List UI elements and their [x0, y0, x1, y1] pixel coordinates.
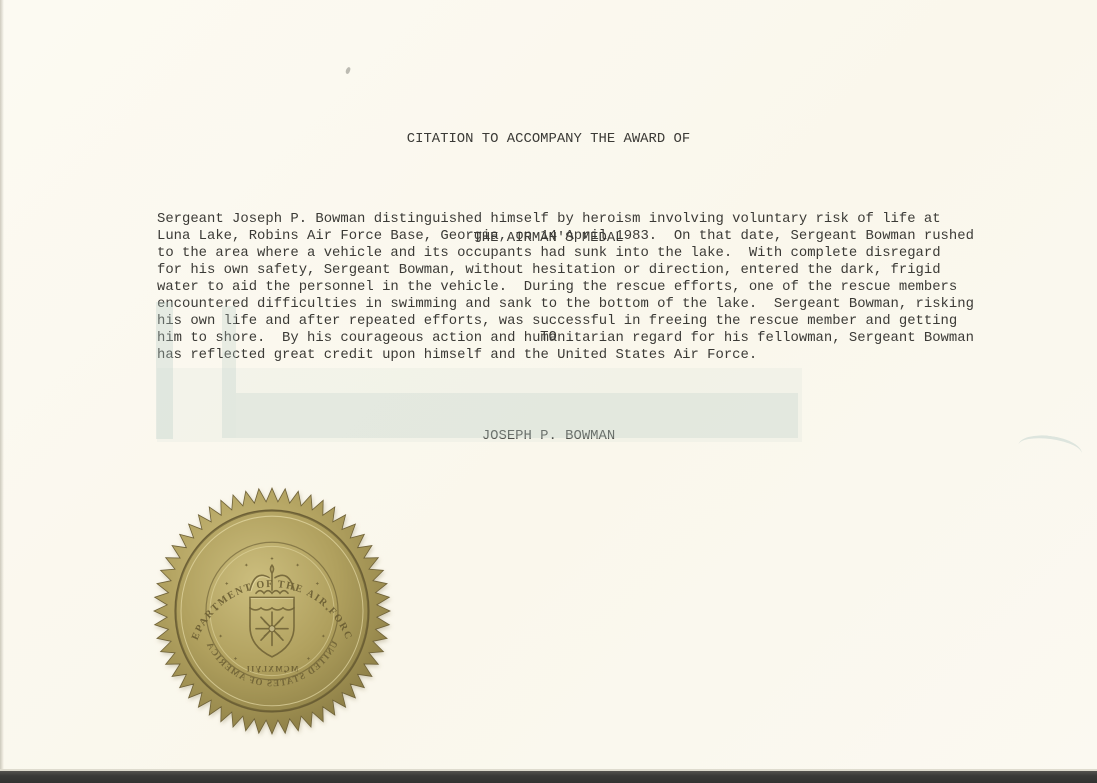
body-line: his own life and after repeated efforts,… — [157, 313, 1017, 330]
citation-recipient-name: JOSEPH P. BOWMAN — [0, 420, 1097, 453]
body-line: encountered difficulties in swimming and… — [157, 296, 1017, 313]
body-line: to the area where a vehicle and its occu… — [157, 245, 1017, 262]
body-line: water to aid the personnel in the vehicl… — [157, 279, 1017, 296]
seal-star-icon: ✦ — [215, 606, 220, 614]
seal-star-icon: ✦ — [306, 656, 311, 664]
seal-star-icon: ✦ — [283, 668, 288, 676]
seal-starburst-icon — [256, 612, 288, 645]
scanned-certificate-page: CITATION TO ACCOMPANY THE AWARD OF THE A… — [0, 0, 1097, 783]
seal-star-icon: ✦ — [244, 562, 249, 570]
seal-star-icon: ✦ — [324, 606, 329, 614]
seal-star-icon: ✦ — [225, 580, 230, 588]
seal-star-icon: ✦ — [218, 633, 223, 641]
scan-edge-left — [0, 0, 4, 783]
seal-star-icon: ✦ — [321, 633, 326, 641]
air-force-seal: DEPARTMENT OF THE AIR FORCE UNITED STATE… — [152, 486, 392, 736]
citation-body: Sergeant Joseph P. Bowman distinguished … — [157, 211, 1017, 364]
seal-star-icon: ✦ — [270, 555, 275, 563]
scan-edge-bottom — [0, 769, 1097, 783]
seal-year-text: MCMXLVII — [246, 664, 299, 673]
body-line: Sergeant Joseph P. Bowman distinguished … — [157, 211, 1017, 228]
seal-star-icon: ✦ — [315, 580, 320, 588]
citation-title-line-1: CITATION TO ACCOMPANY THE AWARD OF — [0, 123, 1097, 156]
seal-star-icon: ✦ — [257, 668, 262, 676]
body-line: him to shore. By his courageous action a… — [157, 330, 1017, 347]
body-line: for his own safety, Sergeant Bowman, wit… — [157, 262, 1017, 279]
body-line: has reflected great credit upon himself … — [157, 347, 1017, 364]
seal-star-icon: ✦ — [233, 656, 238, 664]
seal-star-icon: ✦ — [295, 562, 300, 570]
body-line: Luna Lake, Robins Air Force Base, Georgi… — [157, 228, 1017, 245]
